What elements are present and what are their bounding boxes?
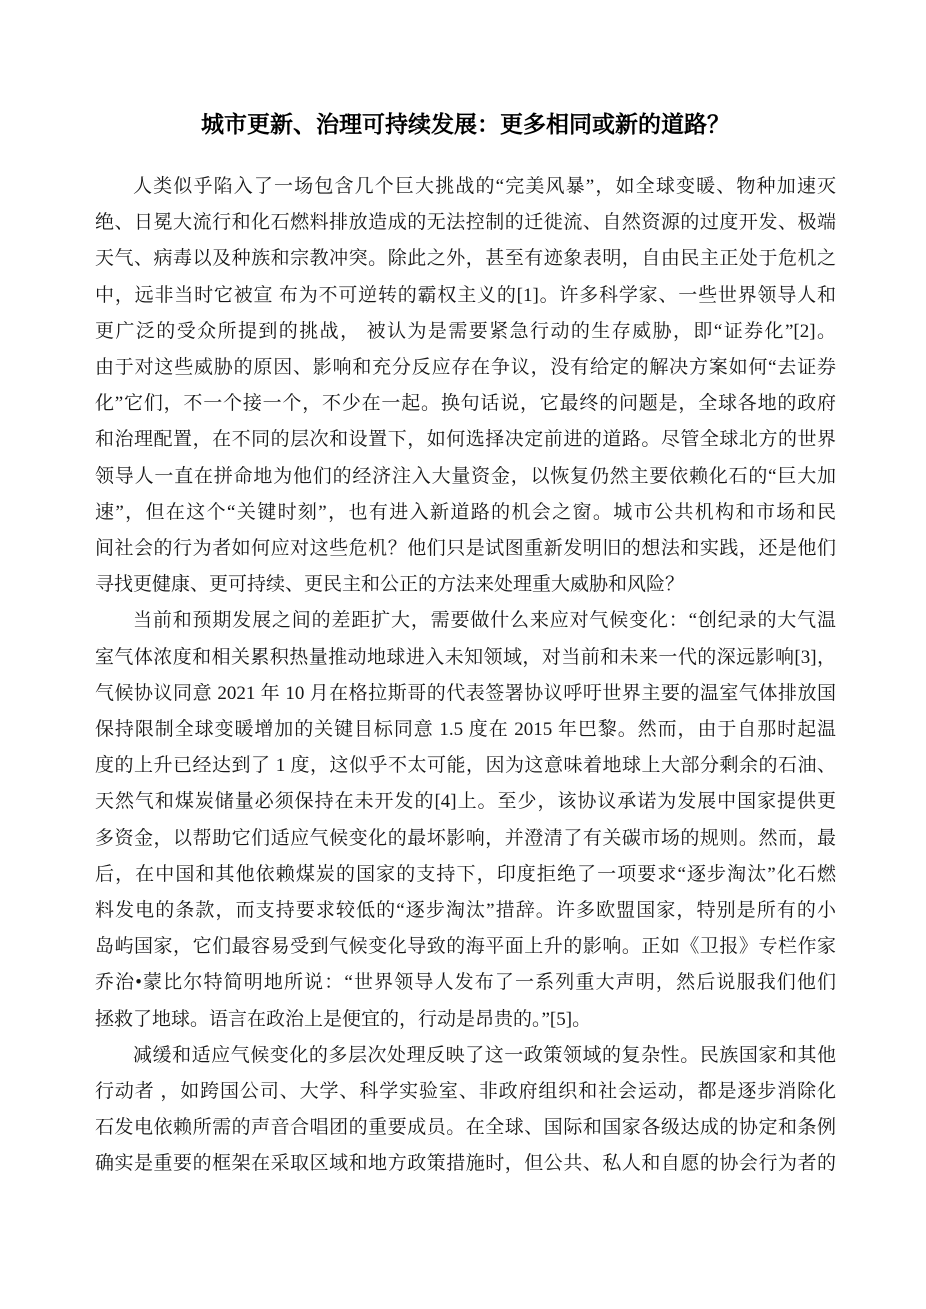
paragraph-line: 拯救了地球。语言在政治上是便宜的，行动是昂贵的。”[5]。	[95, 1002, 836, 1038]
paragraph: 人类似乎陷入了一场包含几个巨大挑战的“完美风暴”，如全球变暖、物种加速灭绝、日冕…	[95, 169, 836, 603]
paragraph-line: 料发电的条款，而支持要求较低的“逐步淘汰”措辞。许多欧盟国家，特别是所有的小	[95, 893, 836, 929]
paragraph-line: 寻找更健康、更可持续、更民主和公正的方法来处理重大威胁和风险？	[95, 567, 836, 603]
paragraph-line: 和治理配置，在不同的层次和设置下，如何选择决定前进的道路。尽管全球北方的世界	[95, 422, 836, 458]
paragraph-line: 行动者 ，如跨国公司、大学、科学实验室、非政府组织和社会运动，都是逐步消除化	[95, 1074, 836, 1110]
paragraph-line: 室气体浓度和相关累积热量推动地球进入未知领域，对当前和未来一代的深远影响[3]，	[95, 640, 836, 676]
paragraph-line: 气候协议同意 2021 年 10 月在格拉斯哥的代表签署协议呼吁世界主要的温室气…	[95, 676, 836, 712]
paragraph-line: 确实是重要的框架在采取区域和地方政策措施时，但公共、私人和自愿的协会行为者的	[95, 1146, 836, 1182]
paragraph-line: 石发电依赖所需的声音合唱团的重要成员。在全球、国际和国家各级达成的协定和条例	[95, 1110, 836, 1146]
paragraph-line: 保持限制全球变暖增加的关键目标同意 1.5 度在 2015 年巴黎。然而，由于自…	[95, 712, 836, 748]
paragraph-line: 化”它们，不一个接一个，不少在一起。换句话说，它最终的问题是，全球各地的政府	[95, 386, 836, 422]
paragraph-line: 乔治•蒙比尔特简明地所说：“世界领导人发布了一系列重大声明，然后说服我们他们	[95, 965, 836, 1001]
paragraph-line: 当前和预期发展之间的差距扩大，需要做什么来应对气候变化：“创纪录的大气温	[95, 603, 836, 639]
paragraph-line: 速”，但在这个“关键时刻”，也有进入新道路的机会之窗。城市公共机构和市场和民	[95, 495, 836, 531]
paragraph-line: 人类似乎陷入了一场包含几个巨大挑战的“完美风暴”，如全球变暖、物种加速灭	[95, 169, 836, 205]
document-body: 人类似乎陷入了一场包含几个巨大挑战的“完美风暴”，如全球变暖、物种加速灭绝、日冕…	[95, 169, 836, 1183]
paragraph-line: 由于对这些威胁的原因、影响和充分反应存在争议，没有给定的解决方案如何“去证券	[95, 350, 836, 386]
paragraph-line: 中，远非当时它被宣 布为不可逆转的霸权主义的[1]。许多科学家、一些世界领导人和	[95, 278, 836, 314]
document-page: 城市更新、治理可持续发展：更多相同或新的道路？ 人类似乎陷入了一场包含几个巨大挑…	[0, 0, 926, 1309]
paragraph-line: 多资金，以帮助它们适应气候变化的最坏影响，并澄清了有关碳市场的规则。然而，最	[95, 821, 836, 857]
paragraph-line: 更广泛的受众所提到的挑战， 被认为是需要紧急行动的生存威胁，即“证券化”[2]。	[95, 314, 836, 350]
paragraph-line: 减缓和适应气候变化的多层次处理反映了这一政策领域的复杂性。民族国家和其他	[95, 1038, 836, 1074]
document-title: 城市更新、治理可持续发展：更多相同或新的道路？	[95, 106, 836, 143]
paragraph-line: 岛屿国家，它们最容易受到气候变化导致的海平面上升的影响。正如《卫报》专栏作家	[95, 929, 836, 965]
paragraph-line: 后，在中国和其他依赖煤炭的国家的支持下，印度拒绝了一项要求“逐步淘汰”化石燃	[95, 857, 836, 893]
paragraph-line: 绝、日冕大流行和化石燃料排放造成的无法控制的迁徙流、自然资源的过度开发、极端	[95, 205, 836, 241]
paragraph: 当前和预期发展之间的差距扩大，需要做什么来应对气候变化：“创纪录的大气温室气体浓…	[95, 603, 836, 1037]
paragraph-line: 天气、病毒以及种族和宗教冲突。除此之外，甚至有迹象表明，自由民主正处于危机之	[95, 241, 836, 277]
paragraph-line: 领导人一直在拼命地为他们的经济注入大量资金，以恢复仍然主要依赖化石的“巨大加	[95, 459, 836, 495]
paragraph-line: 天然气和煤炭储量必须保持在未开发的[4]上。至少，该协议承诺为发展中国家提供更	[95, 784, 836, 820]
paragraph-line: 间社会的行为者如何应对这些危机？他们只是试图重新发明旧的想法和实践，还是他们	[95, 531, 836, 567]
paragraph: 减缓和适应气候变化的多层次处理反映了这一政策领域的复杂性。民族国家和其他行动者 …	[95, 1038, 836, 1183]
paragraph-line: 度的上升已经达到了 1 度，这似乎不太可能，因为这意味着地球上大部分剩余的石油、	[95, 748, 836, 784]
